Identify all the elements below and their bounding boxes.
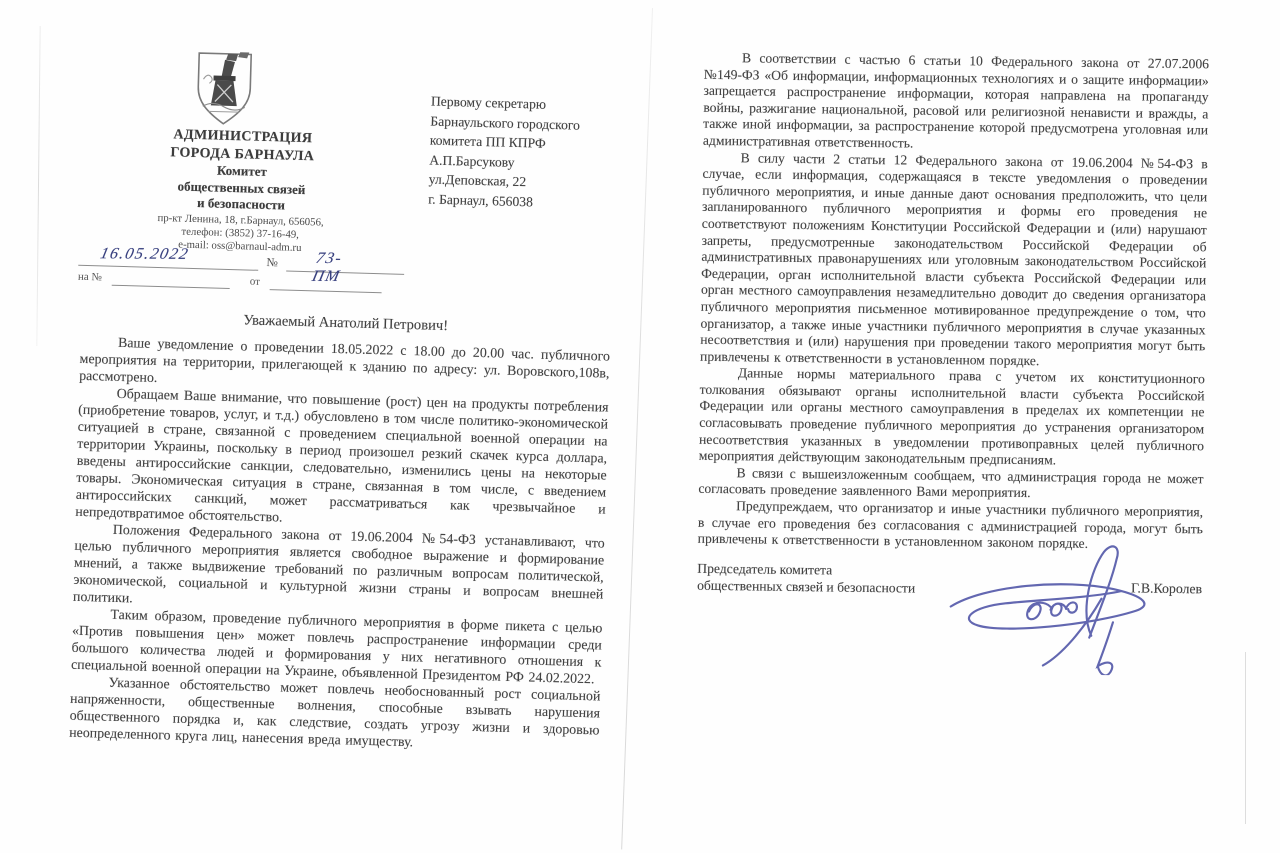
page-1-body: Ваше уведомление о проведении 18.05.2022… [69,334,610,757]
scan-page-edge-right [1245,652,1246,824]
page-2: В соответствии с частью 6 статьи 10 Феде… [690,40,1210,837]
scanned-letter: АДМИНИСТРАЦИЯ ГОРОДА БАРНАУЛА Комитет об… [0,0,1280,853]
ref-from-underline [270,289,382,293]
addressee-block: Первому секретарю Барнаульского городско… [428,92,631,215]
scan-page-edge-left [36,26,40,346]
letterhead-organization: АДМИНИСТРАЦИЯ ГОРОДА БАРНАУЛА Комитет об… [91,124,393,217]
number-sign: № [266,255,278,270]
paragraph: В соответствии с частью 6 статьи 10 Феде… [703,50,1209,156]
ref-from-label: от [250,276,261,288]
paragraph: Положения Федерального закона от 19.06.2… [73,521,605,621]
addressee-line: г. Барнаул, 656038 [428,189,628,214]
page-1: АДМИНИСТРАЦИЯ ГОРОДА БАРНАУЛА Комитет об… [39,39,626,844]
handwritten-signature-icon [944,535,1171,676]
ref-number-underline [112,285,230,289]
handwritten-date: 16.05.2022 [98,245,190,264]
paragraph: Обращаем Ваше внимание, что повышение (р… [75,385,609,536]
barnaul-coat-of-arms-icon [192,49,256,129]
paragraph: Указанное обстоятельство может повлечь н… [69,674,601,757]
salutation: Уважаемый Анатолий Петрович! [81,308,611,340]
signature-block: Председатель комитета общественных связе… [695,560,1202,717]
page-2-body: В соответствии с частью 6 статьи 10 Феде… [695,50,1209,716]
paragraph: Данные нормы материального права с учето… [699,365,1205,471]
ref-number-label: на № [78,271,102,284]
paragraph: В силу части 2 статьи 12 Федерального за… [700,149,1208,371]
